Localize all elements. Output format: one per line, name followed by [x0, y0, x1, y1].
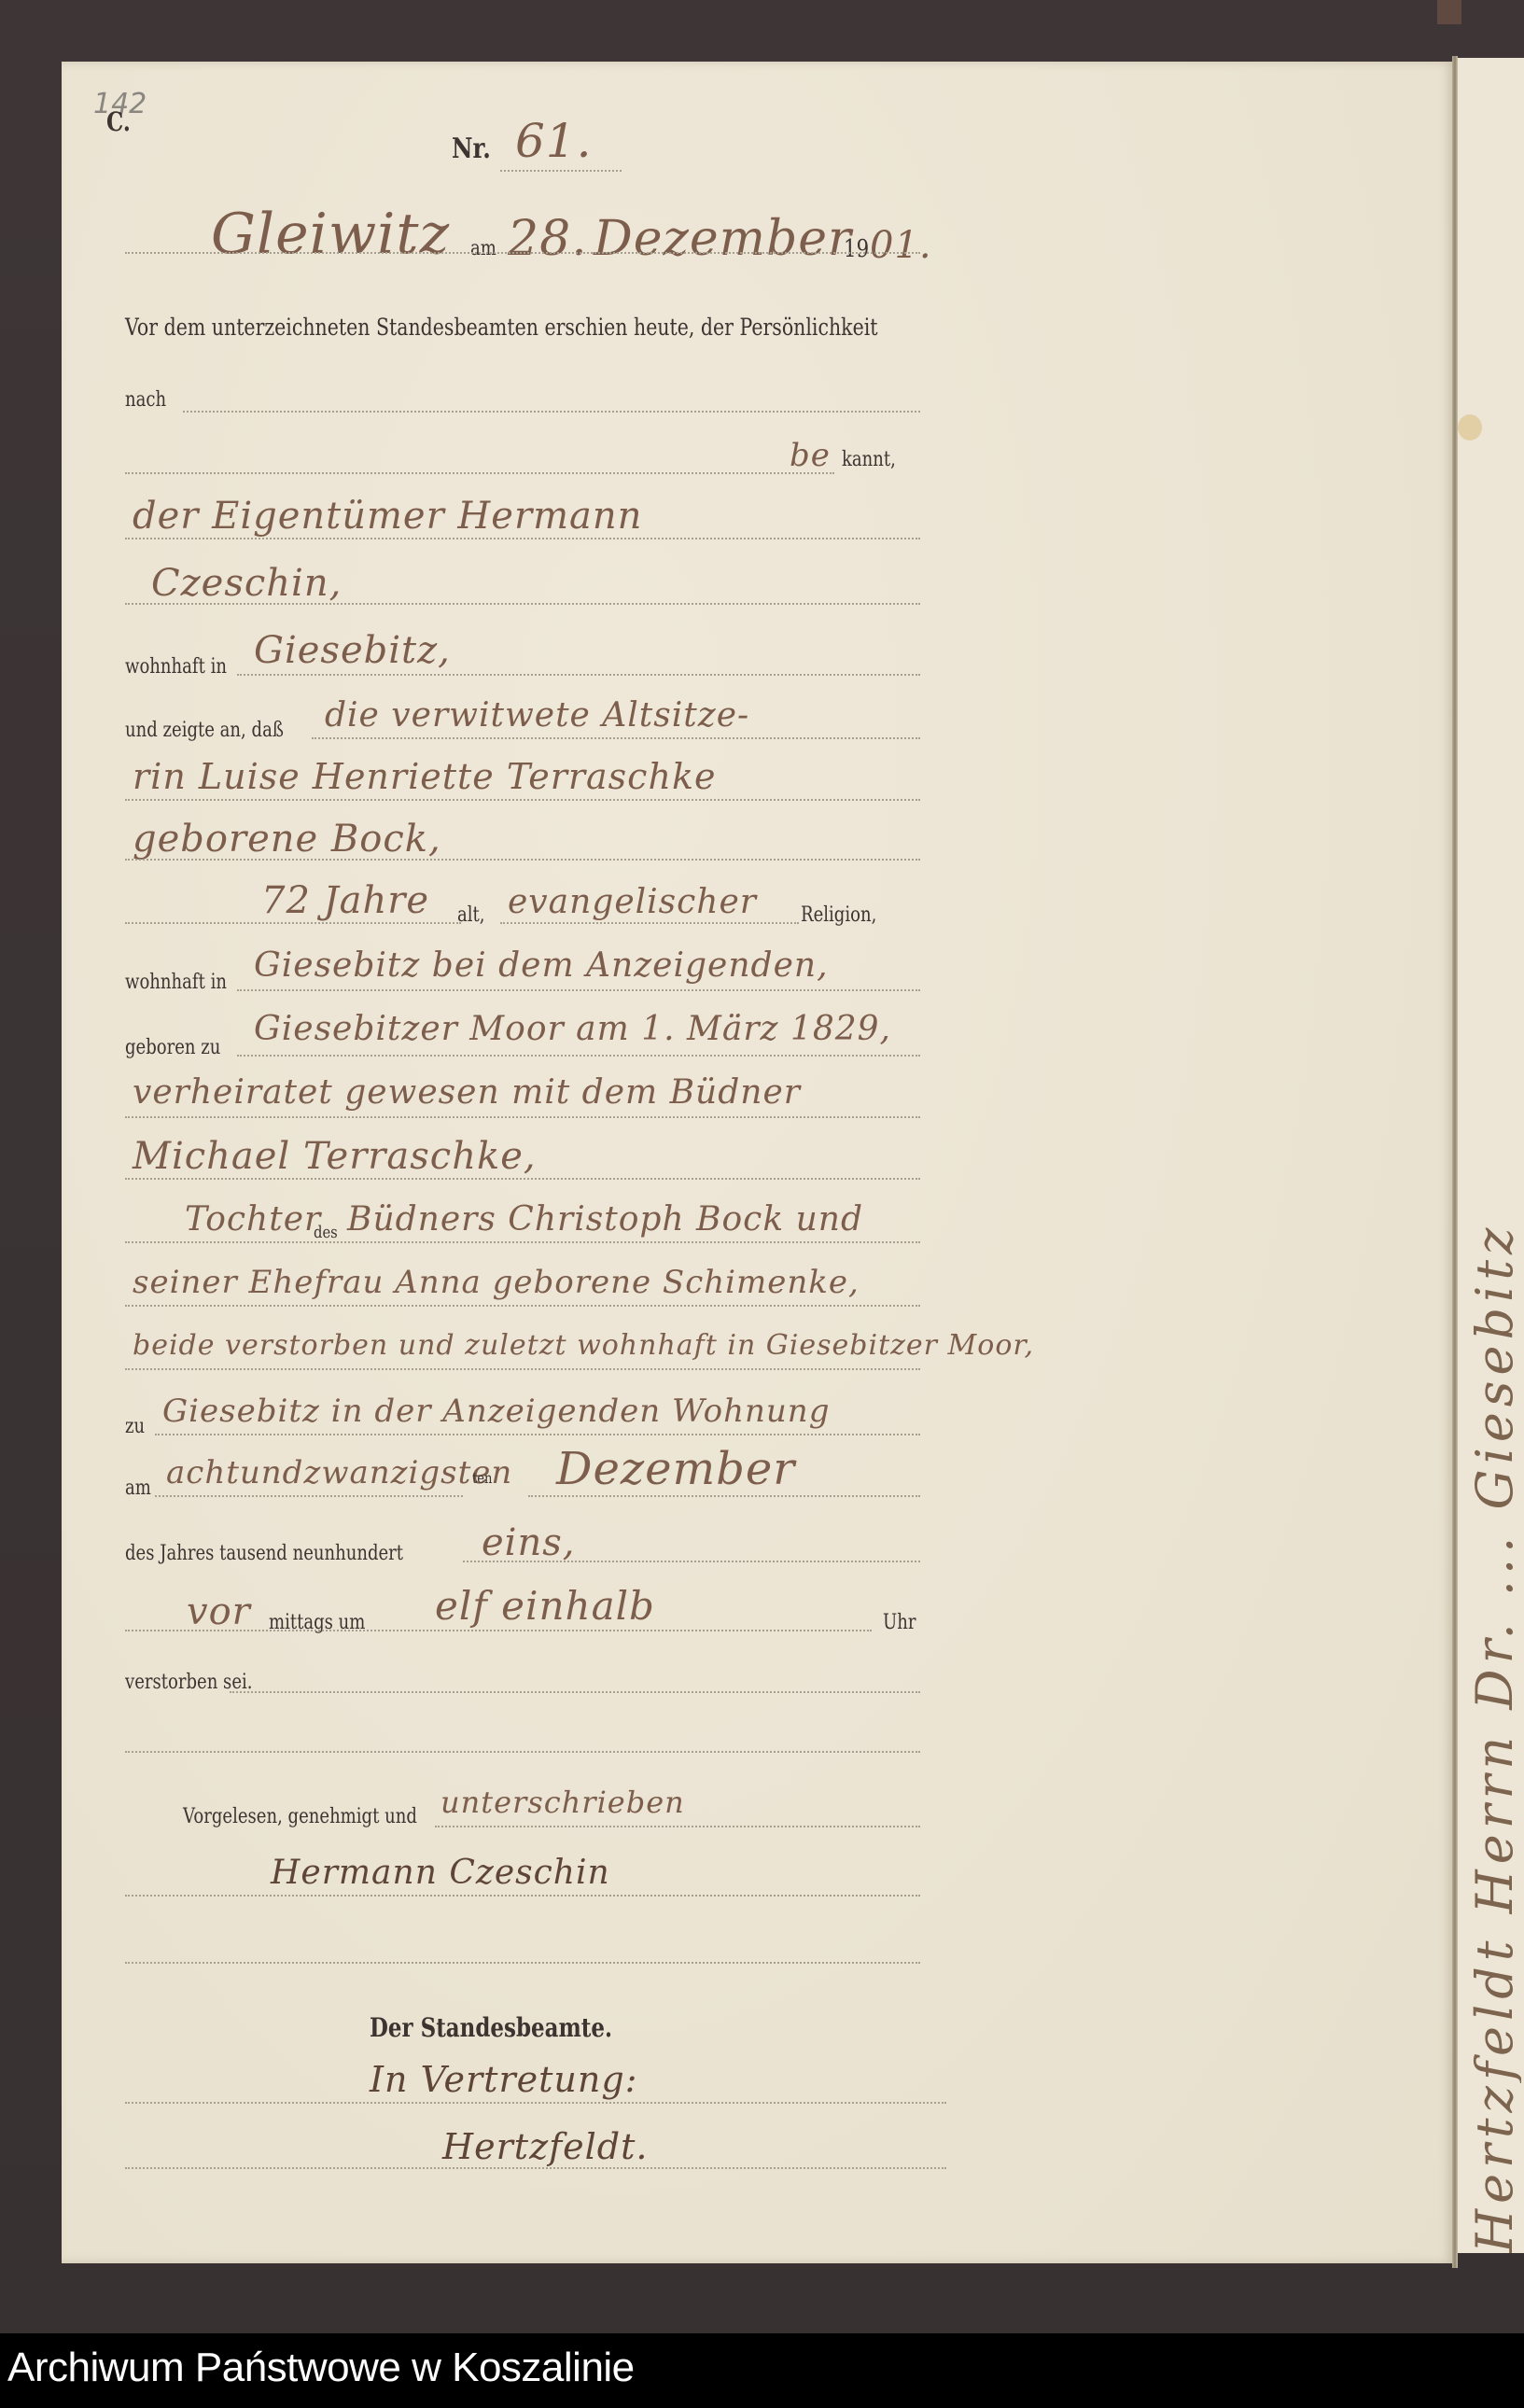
dotted-line	[125, 1116, 920, 1118]
facing-page-marginal-note: Hertzfeldt Herrn Dr. ... Giesebitz	[1465, 58, 1521, 2253]
dotted-line	[125, 472, 834, 474]
informant-signature: Hermann Czeschin	[271, 1854, 610, 1892]
place-name: Gleiwitz	[211, 202, 450, 267]
dotted-line	[125, 1241, 920, 1243]
approval-label: Vorgelesen, genehmigt und	[183, 1805, 417, 1828]
year-suffix: 01.	[870, 224, 932, 267]
religion-value: evangelischer	[508, 883, 757, 921]
place-of-death-value: Giesebitz in der Anzeigenden Wohnung	[162, 1393, 830, 1430]
facing-page-edge: Hertzfeldt Herrn Dr. ... Giesebitz	[1458, 58, 1524, 2253]
dotted-line	[125, 603, 920, 605]
dotted-line	[125, 2167, 946, 2169]
document-page: 142 C. Nr. 61. Gleiwitz am 28. Dezember …	[62, 62, 1454, 2263]
born-label: geboren zu	[125, 1036, 220, 1059]
religion-label: Religion,	[801, 903, 876, 927]
married-line-1: verheiratet gewesen mit dem Büdner	[133, 1073, 801, 1112]
approval-hand: unterschrieben	[440, 1785, 685, 1820]
dotted-line	[125, 2102, 946, 2104]
dotted-line	[125, 252, 920, 254]
registrar-title: Der Standesbeamte.	[370, 2012, 612, 2043]
report-label: und zeigte an, daß	[125, 719, 284, 742]
date-day: 28.	[508, 211, 588, 267]
parents-status: beide verstorben und zuletzt wohnhaft in…	[133, 1329, 1034, 1362]
informant-line-1: der Eigentümer Hermann	[133, 495, 642, 538]
day-label: am	[125, 1477, 151, 1500]
archive-watermark-banner: Archiwum Państwowe w Koszalinie	[0, 2333, 1524, 2408]
dotted-line	[125, 1178, 920, 1180]
parents-des-label: des	[314, 1223, 338, 1242]
dotted-line	[125, 922, 461, 924]
time-value: elf einhalb	[435, 1583, 655, 1629]
dotted-line	[155, 1495, 463, 1497]
dotted-line	[125, 1630, 872, 1631]
married-line-2: Michael Terraschke,	[133, 1135, 537, 1178]
parents-father: Büdners Christoph Bock und	[347, 1200, 863, 1239]
dotted-line	[230, 1691, 920, 1693]
dotted-line	[125, 799, 920, 801]
dotted-line	[125, 859, 920, 861]
dotted-line	[183, 411, 920, 413]
day-value: achtundzwanzigsten	[166, 1454, 512, 1491]
year-label: des Jahres tausend neunhundert	[125, 1542, 403, 1565]
dotted-line	[125, 1895, 920, 1897]
dotted-line	[155, 1434, 920, 1435]
dotted-line	[500, 170, 622, 172]
time-suffix: Uhr	[883, 1611, 916, 1634]
dotted-line	[528, 1495, 920, 1497]
intro-text: Vor dem unterzeichneten Standesbeamten e…	[125, 314, 878, 341]
date-am-label: am	[470, 237, 496, 260]
kannt-prefix-hand: be	[790, 437, 831, 474]
dotted-line	[500, 922, 799, 924]
deceased-line-1: die verwitwete Altsitze-	[325, 696, 749, 735]
date-month: Dezember	[594, 211, 852, 267]
dotted-line	[125, 1305, 920, 1307]
deceased-line-2: rin Luise Henriette Terraschke	[133, 756, 716, 797]
dotted-line	[125, 1751, 920, 1753]
deceased-residence-value: Giesebitz bei dem Anzeigenden,	[254, 946, 829, 985]
born-value: Giesebitzer Moor am 1. März 1829,	[254, 1010, 891, 1048]
age-label: alt,	[457, 903, 485, 927]
deceased-residence-label: wohnhaft in	[125, 971, 227, 994]
parents-mother: seiner Ehefrau Anna geborene Schimenke,	[133, 1264, 860, 1301]
dotted-line	[237, 674, 920, 676]
record-number: 61.	[515, 114, 593, 168]
deceased-line-3: geborene Bock,	[133, 818, 441, 861]
time-prefix-hand: vor	[187, 1590, 251, 1633]
informant-line-2: Czeschin,	[151, 562, 342, 605]
dotted-line	[237, 1055, 920, 1057]
dotted-line	[125, 1962, 920, 1964]
dotted-line	[312, 737, 920, 739]
parents-tochter: Tochter	[185, 1200, 321, 1239]
age-value: 72 Jahre	[261, 879, 429, 922]
dotted-line	[125, 1368, 920, 1370]
place-of-death-label: zu	[125, 1415, 145, 1438]
nach-label: nach	[125, 388, 166, 412]
registrar-line-1: In Vertretung:	[370, 2059, 637, 2100]
form-letter: C.	[106, 106, 131, 137]
dotted-line	[463, 1561, 920, 1562]
month-value: Dezember	[556, 1443, 795, 1495]
kannt-label: kannt,	[842, 448, 896, 471]
residence-label: wohnhaft in	[125, 655, 227, 679]
residence-value: Giesebitz,	[254, 629, 451, 672]
year-value: eins,	[482, 1521, 575, 1564]
dotted-line	[435, 1826, 920, 1827]
archive-name: Archiwum Państwowe w Koszalinie	[7, 2345, 635, 2391]
dotted-line	[237, 989, 920, 991]
book-spine-strip	[1437, 0, 1461, 24]
registrar-line-2: Hertzfeldt.	[442, 2126, 648, 2167]
day-suffix: ten	[472, 1469, 492, 1487]
number-label: Nr.	[452, 133, 491, 165]
dotted-line	[125, 538, 920, 539]
year-prefix: 19	[844, 235, 869, 263]
